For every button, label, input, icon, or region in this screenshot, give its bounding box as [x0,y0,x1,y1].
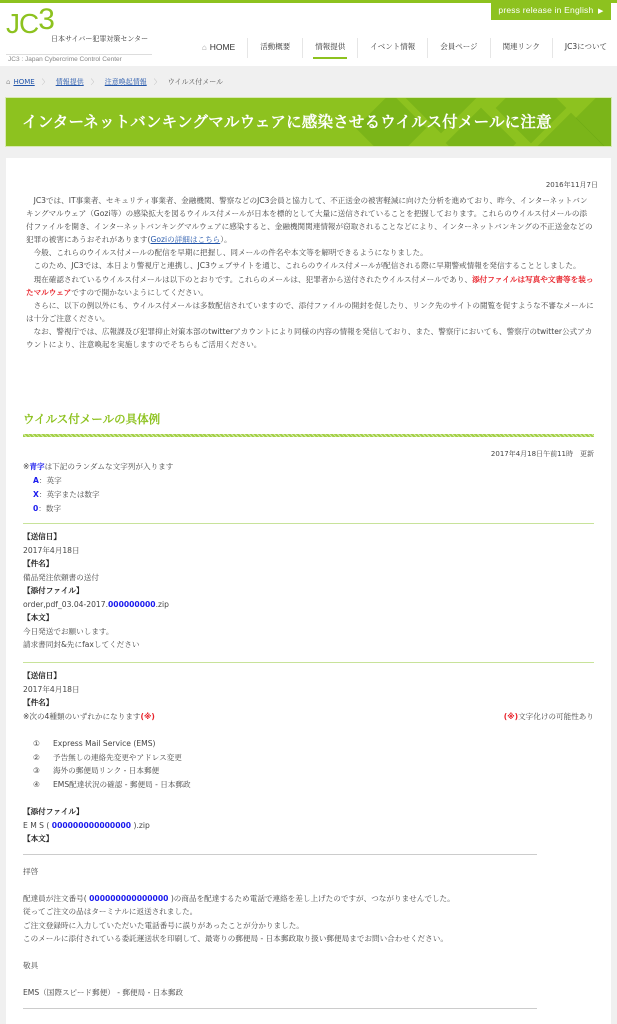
label-body: 【本文】 [23,832,594,846]
body-line: 従ってご注文の品はターミナルに返送されました。 [23,905,594,919]
legend-row: X：英字または数字 [23,488,173,502]
nav-about[interactable]: JC3について [553,38,611,58]
breadcrumb-current: ウイルス付メール [168,77,223,87]
logo-english-name: JC3 : Japan Cybercrime Control Center [8,56,122,63]
subject-variants-list: ①Express Mail Service (EMS) ②予告無しの連絡先変更や… [23,737,594,791]
legend-row: A：英字 [23,474,173,488]
mail-example-1: 【送信日】 2017年4月18日 【件名】 備品発注依頼書の送付 【添付ファイル… [23,530,594,652]
body-line: 請求書同封&先にfaxしてください [23,638,594,652]
body-greeting: 拝啓 [23,865,594,879]
list-item: ①Express Mail Service (EMS) [33,737,594,751]
mail-example-2: 【送信日】 2017年4月18日 【件名】 ※次の4種類のいずれかになります(※… [23,669,594,1019]
main-content: 2016年11月7日 JC3では、IT事業者、セキュリティ事業者、金融機関、警察… [6,158,611,1024]
gozi-details-link[interactable]: Goziの詳細はこちら [150,235,220,244]
body-line: 配達員が注文番号( 000000000000000 )の商品を配達するため電話で… [23,892,594,906]
intro-paragraph: JC3では、IT事業者、セキュリティ事業者、金融機関、警察などのJC3会員と協力… [26,194,594,246]
nav-activities[interactable]: 活動概要 [248,38,303,58]
body-line: このメールに添付されている委託運送状を印刷して、最寄りの郵便局 - 日本郵政取り… [23,932,594,946]
list-item: ③海外の郵便局リンク - 日本郵便 [33,764,594,778]
label-attachment: 【添付ファイル】 [23,805,594,819]
sent-date-value: 2017年4月18日 [23,544,594,558]
attachment-value: order,pdf_03.04-2017.000000000.zip [23,598,594,612]
divider [23,523,594,524]
intro-paragraph: このため、JC3では、本日より警視庁と連携し、JC3ウェブサイトを通じ、これらの… [26,259,594,272]
updated-timestamp: 2017年4月18日午前11時 更新 [491,449,594,459]
breadcrumb-separator: 〉 [154,77,161,87]
press-release-label: press release in English [498,5,593,15]
nav-home[interactable]: ⌂HOME [190,38,248,58]
breadcrumb-home[interactable]: HOME [13,78,34,86]
label-sent-date: 【送信日】 [23,530,594,544]
press-release-english-button[interactable]: press release in English ▶ [491,2,611,20]
nav-events[interactable]: イベント情報 [358,38,428,58]
page-title-banner: インターネットバンキングマルウェアに感染させるウイルス付メールに注意 [5,97,612,147]
subject-note-row: ※次の4種類のいずれかになります(※) (※)文字化けの可能性あり [23,710,594,724]
label-body: 【本文】 [23,611,594,625]
page-title: インターネットバンキングマルウェアに感染させるウイルス付メールに注意 [22,110,552,132]
intro-paragraph: 現在確認されているウイルス付メールは以下のとおりです。これらのメールは、犯罪者か… [26,273,594,299]
body-line: ご注文登録時に入力していただいた電話番号に誤りがあったことが分かりました。 [23,919,594,933]
body-signature: EMS（国際スピード郵便） - 郵便局 - 日本郵政 [23,986,594,1000]
intro-text: JC3では、IT事業者、セキュリティ事業者、金融機関、警察などのJC3会員と協力… [26,194,594,351]
label-sent-date: 【送信日】 [23,669,594,683]
breadcrumb-information[interactable]: 情報提供 [56,77,84,87]
intro-paragraph: なお、警視庁では、広報課及び犯罪抑止対策本部のtwitterアカウントにより同様… [26,325,594,351]
subject-value: 備品発注依頼書の送付 [23,571,594,585]
breadcrumb-separator: 〉 [91,77,98,87]
list-item: ④EMS配達状況の確認 - 郵便局 - 日本郵政 [33,778,594,792]
body-line: 今日発送でお願いします。 [23,625,594,639]
label-attachment: 【添付ファイル】 [23,584,594,598]
site-header: press release in English ▶ JC3 日本サイバー犯罪対… [0,0,617,66]
random-string-legend: ※青字は下記のランダムな文字列が入ります A：英字 X：英字または数字 0：数字 [23,460,173,516]
body-divider [23,1008,537,1009]
home-icon: ⌂ [202,43,207,52]
label-subject: 【件名】 [23,557,594,571]
global-nav: ⌂HOME 活動概要 情報提供 イベント情報 会員ページ 関連リンク JC3につ… [190,38,611,58]
garbled-text-note: (※)文字化けの可能性あり [504,710,594,724]
breadcrumb: ⌂ HOME 〉 情報提供 〉 注意喚起情報 〉 ウイルス付メール [6,77,223,87]
nav-members[interactable]: 会員ページ [428,38,490,58]
logo-japanese-name: 日本サイバー犯罪対策センター [51,34,148,44]
breadcrumb-separator: 〉 [42,77,49,87]
publish-date: 2016年11月7日 [546,180,598,190]
body-divider [23,854,537,855]
legend-row: 0：数字 [23,502,173,516]
arrow-right-icon: ▶ [598,8,604,15]
nav-links[interactable]: 関連リンク [491,38,553,58]
nav-information[interactable]: 情報提供 [303,38,358,58]
legend-intro: ※青字は下記のランダムな文字列が入ります [23,460,173,474]
sent-date-value: 2017年4月18日 [23,683,594,697]
home-icon: ⌂ [6,78,10,86]
breadcrumb-alerts[interactable]: 注意喚起情報 [105,77,147,87]
attachment-value: E M S ( 000000000000000 ).zip [23,819,594,833]
list-item: ②予告無しの連絡先変更やアドレス変更 [33,751,594,765]
label-subject: 【件名】 [23,696,594,710]
logo-divider [6,54,152,55]
divider [23,662,594,663]
site-logo[interactable]: JC3 日本サイバー犯罪対策センター JC3 : Japan Cybercrim… [6,10,156,60]
section-heading: ウイルス付メールの具体例 [23,411,160,427]
body-closing: 敬具 [23,959,594,973]
intro-paragraph: さらに、以下の例以外にも、ウイルス付メールは多数配信されていますので、添付ファイ… [26,299,594,325]
logo-mark: JC3 [6,10,54,38]
intro-paragraph: 今般、これらのウイルス付メールの配信を早期に把握し、同メールの件名や本文等を解明… [26,246,594,259]
section-divider [23,434,594,437]
